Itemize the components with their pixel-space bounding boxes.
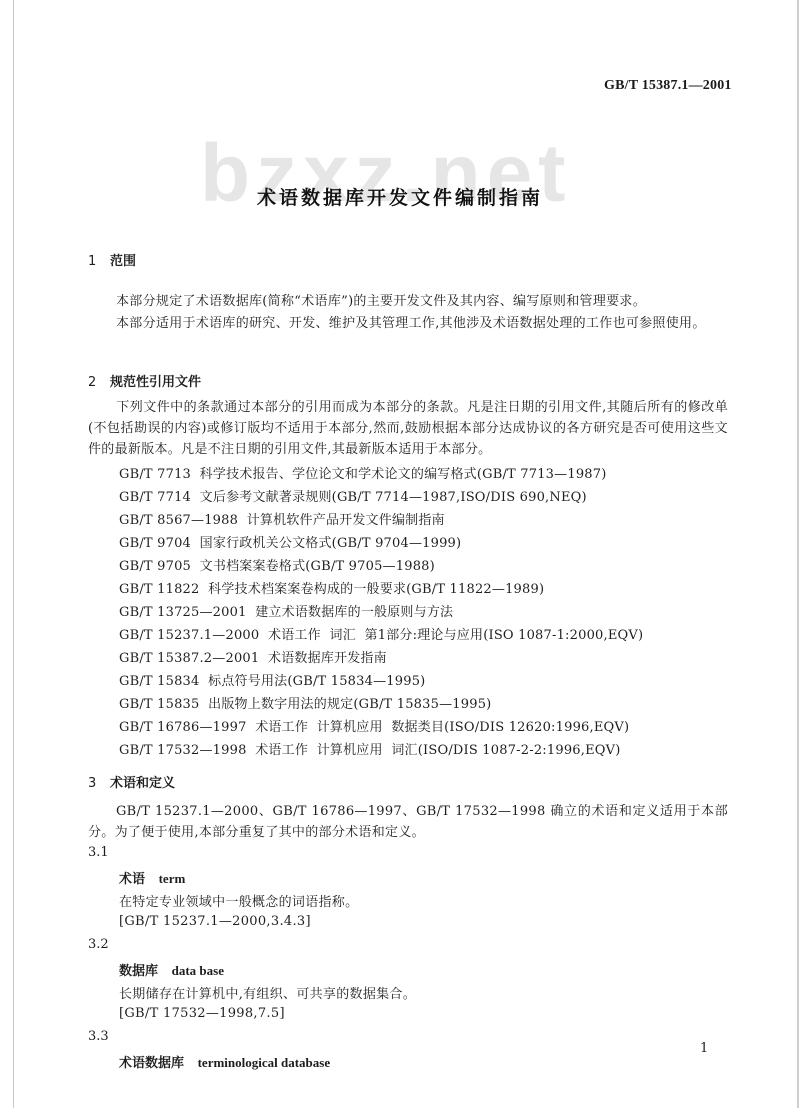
reference-item: GB/T 16786—1997 术语工作 计算机应用 数据类目(ISO/DIS …	[119, 716, 629, 735]
reference-item: GB/T 7713 科学技术报告、学位论文和学术论文的编写格式(GB/T 771…	[119, 463, 607, 482]
clause-number: 3.2	[88, 937, 109, 952]
clause-number: 3.1	[88, 845, 109, 860]
section-title: 术语和定义	[110, 776, 175, 791]
section-heading-scope: 1范围	[88, 250, 136, 269]
standard-number: GB/T 15387.1—2001	[604, 78, 732, 94]
paragraph: 本部分适用于术语库的研究、开发、维护及其管理工作,其他涉及术语数据处理的工作也可…	[88, 313, 728, 334]
document-title: 术语数据库开发文件编制指南	[0, 183, 800, 210]
term-source: [GB/T 17532—1998,7.5]	[119, 1006, 285, 1021]
term-zh: 术语	[119, 872, 145, 887]
term-entry: 术语 term	[119, 868, 185, 887]
reference-item: GB/T 9704 国家行政机关公文格式(GB/T 9704—1999)	[119, 532, 461, 551]
paragraph: 下列文件中的条款通过本部分的引用而成为本部分的条款。凡是注日期的引用文件,其随后…	[88, 397, 728, 460]
reference-item: GB/T 7714 文后参考文献著录规则(GB/T 7714—1987,ISO/…	[119, 486, 587, 505]
reference-item: GB/T 17532—1998 术语工作 计算机应用 词汇(ISO/DIS 10…	[119, 739, 621, 758]
term-definition: 在特定专业领域中一般概念的词语指称。	[119, 891, 358, 910]
section-number: 2	[88, 375, 110, 390]
term-entry: 术语数据库 terminological database	[119, 1052, 330, 1071]
reference-item: GB/T 15835 出版物上数字用法的规定(GB/T 15835—1995)	[119, 693, 491, 712]
section-number: 3	[88, 776, 110, 791]
reference-item: GB/T 15834 标点符号用法(GB/T 15834—1995)	[119, 670, 425, 689]
reference-item: GB/T 13725—2001 建立术语数据库的一般原则与方法	[119, 601, 453, 620]
section-title: 规范性引用文件	[110, 375, 201, 390]
reference-item: GB/T 11822 科学技术档案案卷构成的一般要求(GB/T 11822—19…	[119, 578, 544, 597]
term-en: data base	[172, 963, 224, 978]
section-title: 范围	[110, 254, 136, 269]
reference-item: GB/T 9705 文书档案案卷格式(GB/T 9705—1988)	[119, 555, 435, 574]
scan-edge-right	[797, 0, 799, 1108]
term-zh: 术语数据库	[119, 1056, 184, 1071]
reference-item: GB/T 8567—1988 计算机软件产品开发文件编制指南	[119, 509, 445, 528]
section-heading-terms-definitions: 3术语和定义	[88, 772, 175, 791]
clause-number: 3.3	[88, 1029, 109, 1044]
term-definition: 长期储存在计算机中,有组织、可共享的数据集合。	[119, 983, 416, 1002]
reference-item: GB/T 15237.1—2000 术语工作 词汇 第1部分:理论与应用(ISO…	[119, 624, 643, 643]
term-entry: 数据库 data base	[119, 960, 224, 979]
reference-item: GB/T 15387.2—2001 术语数据库开发指南	[119, 647, 387, 666]
paragraph: 本部分规定了术语数据库(简称“术语库”)的主要开发文件及其内容、编写原则和管理要…	[88, 291, 728, 312]
term-en: term	[159, 871, 186, 886]
term-en: terminological database	[198, 1055, 331, 1070]
section-heading-normative-references: 2规范性引用文件	[88, 371, 201, 390]
term-zh: 数据库	[119, 964, 158, 979]
section-number: 1	[88, 254, 110, 269]
scan-edge-left	[13, 0, 14, 1108]
term-source: [GB/T 15237.1—2000,3.4.3]	[119, 914, 311, 929]
page-number: 1	[700, 1041, 708, 1056]
paragraph: GB/T 15237.1—2000、GB/T 16786—1997、GB/T 1…	[88, 801, 728, 843]
